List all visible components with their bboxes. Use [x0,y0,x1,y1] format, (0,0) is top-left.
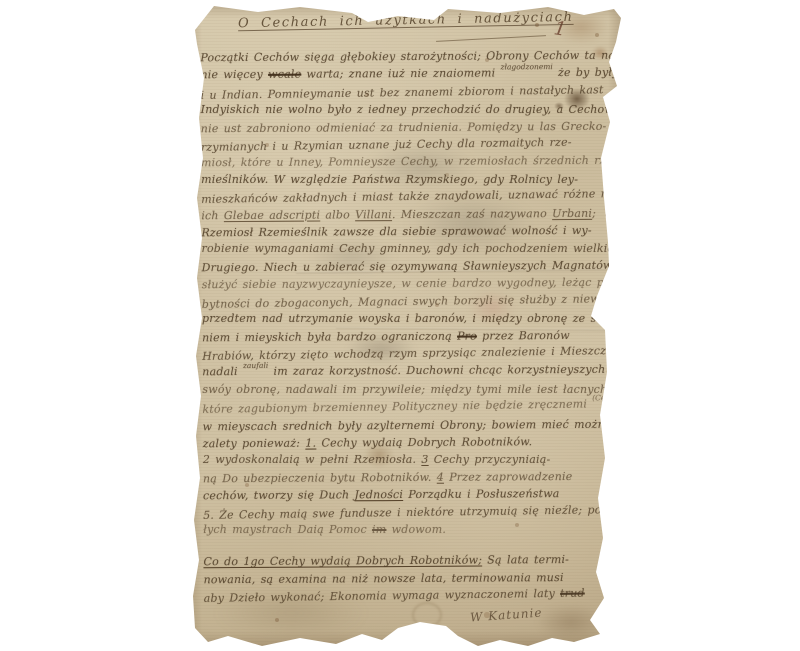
struck-text: wcale [268,68,301,81]
underlined-text: Co do 1go [203,555,269,568]
handwriting-text: cechów, tworzy się Duch [203,488,355,502]
handwriting-text: Indyiskich nie wolno było z iedney przec… [201,103,625,116]
document-title: O Cechach ich użytkach i nadużyciach [238,10,578,32]
handwriting-text: Są lata termi- [482,553,569,567]
handwriting-text: swóy obronę, nadawali im przywileie; mię… [202,383,607,396]
handwriting-text: służyć siebie nayzwyczaynieysze, w cenie… [202,276,622,292]
manuscript-line: Co do 1go Cechy wydaią Dobrych Robotnikó… [203,551,609,571]
handwriting-text: nie więcey [200,68,268,81]
handwriting-text: łych maystrach Daią Pomoc [203,523,372,536]
handwriting-text: ; [592,206,596,219]
manuscript-line: robienie wymaganiami Cechy gminney, gdy … [202,240,608,257]
manuscript-line: 2 wydoskonalaią w pełni Rzemiosła. 3 Cec… [203,451,609,468]
underlined-text: Cechy wydaią Dobrych Robotników; [270,554,482,568]
manuscript-line: przedtem nad utrzymanie woyska i baronów… [202,310,608,327]
manuscript-line: Rzemiosł Rzemieślnik zawsze dla siebie s… [201,222,607,242]
handwriting-text: niem i mieyskich była bardzo ograniczoną [202,329,457,344]
handwriting-text: 2 wydoskonalaią w pełni Rzemiosła. [203,453,422,466]
handwriting-text: Początki Cechów sięga głębokiey starożyt… [200,49,636,65]
handwriting-text: ich [201,209,224,222]
handwriting-text: nowania, są examina na niż nowsze lata, … [204,571,564,586]
handwriting-text: 5. Że Cechy maią swe fundusze i niektóre… [203,502,639,521]
handwriting-text: aby Dzieło wykonać; Ekonomia wymaga wyzn… [204,587,561,605]
manuscript-page: 1 O Cechach ich użytkach i nadużyciach P… [186,4,624,648]
handwriting-text: Drugiego. Niech u zabierać się ozymywaną… [202,259,613,275]
handwriting-text: przez Baronów [477,328,570,342]
bottom-right-grime-stain [536,604,606,640]
handwriting-text: mieszkańców zakładnych i miast także zna… [201,187,658,206]
underlined-text: 1. [305,436,316,449]
handwriting-text: które zagubionym brzemienney Polityczney… [202,398,592,416]
struck-text: trud [560,587,585,600]
handwriting-text: im zaraz korzystność. Duchowni chcąc kor… [268,363,647,378]
handwriting-text: i u Indian. Pomnieymanie ust bez znanemi… [200,83,603,102]
interlinear-note: zaufali [243,361,268,370]
manuscript-line: Indyiskich nie wolno było z iedney przec… [201,101,607,118]
handwriting-text: przedtem nad utrzymanie woyska i baronów… [202,312,621,325]
handwriting-text: albo [320,208,355,221]
handwriting-text: bytności do zbogaconych, Magnaci swych b… [202,292,623,311]
handwriting-text: Porządku i Posłuszeństwa [403,487,560,501]
handwriting-text: zalety ponieważ: [203,437,306,451]
underlined-text: Urbani [552,207,592,220]
handwriting-text: robienie wymaganiami Cechy gminney, gdy … [202,242,629,255]
underlined-text: Glebae adscripti [224,208,320,222]
underlined-text: 3 [421,453,428,466]
underlined-text: Rze- [623,291,648,304]
underlined-text: Jedności [354,488,403,501]
handwriting-text: że by były iak w Egipcie [553,66,705,80]
manuscript-line: miosł, które u Inney, Pomnieysze Cechy, … [201,152,607,172]
interlinear-note: (Cechy by nie były utworzone Cechy 2) [592,391,740,402]
manuscript-text: Początki Cechów sięga głębokiey starożyt… [200,47,609,606]
handwriting-text: . Mieszczan zaś nazywano [392,207,552,221]
handwriting-text: wdowom. [386,523,446,536]
handwriting-text: miosł, które u Inney, Pomnieysze Cechy, … [201,154,616,170]
handwriting-text: nie ust zabroniono odmieniać za trudnien… [201,119,607,134]
handwriting-text: w mieyscach srednich były azylternemi Ob… [203,417,635,433]
handwriting-text: warta; znane iuż nie znaiomemi [301,67,500,81]
manuscript-line: ną Do ubezpieczenia bytu Robotników. 4 P… [203,468,609,488]
handwriting-text: Cechy wydaią Dobrych Robotników. [316,435,532,449]
handwriting-text: Przez zaprowadzenie [444,470,573,484]
handwriting-text: ną Do ubezpieczenia bytu Robotników. [203,471,437,485]
paper-speckles [186,4,188,6]
faint-ring-stain [412,602,442,628]
manuscript-line: ich Glebae adscripti albo Villani. Miesz… [201,204,607,224]
handwriting-text: mieślników. W względzie Państwa Rzymskie… [201,173,578,186]
handwriting-text: rzymianych i u Rzymian uznane już Cechy … [201,136,572,154]
struck-text: im [372,523,386,536]
manuscript-line: łych maystrach Daią Pomoc im wdowom. [203,521,609,538]
manuscript-line: nadali zaufali im zaraz korzystność. Duc… [202,361,608,382]
paragraph: Co do 1go Cechy wydaią Dobrych Robotnikó… [203,551,609,606]
handwriting-text: Rzemiosł Rzemieślnik zawsze dla siebie s… [201,224,591,239]
paragraph: Początki Cechów sięga głębokiey starożyt… [200,47,609,540]
handwriting-text: Cechy przyczyniaią- [429,453,551,466]
title-flourish-line [436,35,546,42]
struck-text: Pro [457,329,477,342]
underlined-text: Villani [355,208,392,221]
manuscript-line: zalety ponieważ: 1. Cechy wydaią Dobrych… [203,433,609,453]
scanned-document-canvas: 1 O Cechach ich użytkach i nadużyciach P… [0,0,800,651]
handwriting-text: nadali [202,365,243,378]
signature: W Katunie [470,605,543,624]
interlinear-note: złagodzonemi [501,62,553,71]
